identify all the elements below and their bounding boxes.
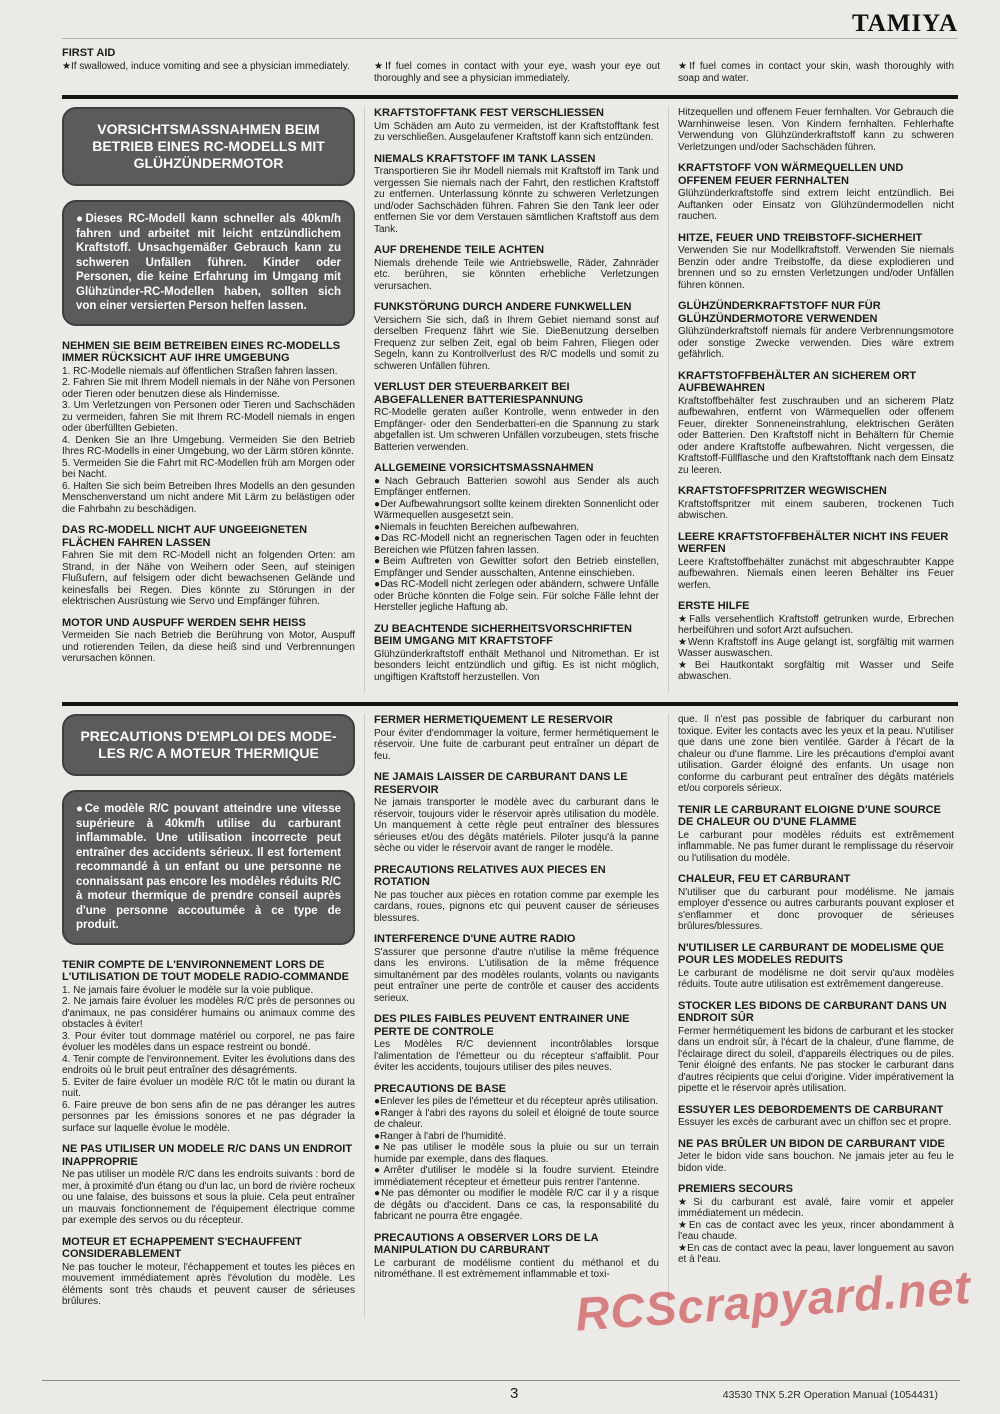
section-heading: AUF DREHENDE TEILE ACHTEN <box>374 244 659 257</box>
section-heading: KRAFTSTOFFSPRITZER WEGWISCHEN <box>678 485 954 498</box>
section-body: Le carburant de modélisme ne doit servir… <box>678 968 954 991</box>
section-body: Verwenden Sie nur Modellkraftstoff. Verw… <box>678 245 954 291</box>
section-body: Ne pas utiliser un modèle R/C dans les e… <box>62 1169 355 1227</box>
section-heading: ALLGEMEINE VORSICHTSMASSNAHMEN <box>374 462 659 475</box>
german-column-1: VORSICHTSMASSNAHMEN BEIM BETRIEB EINES R… <box>62 107 365 692</box>
first-aid-section: FIRST AID ★If swallowed, induce vomiting… <box>62 47 958 85</box>
section-body: Vermeiden Sie nach Betrieb die Berührung… <box>62 630 355 665</box>
section-heading: LEERE KRAFTSTOFFBEHÄLTER NICHT INS FEUER… <box>678 531 954 556</box>
section-body: Ne pas toucher aux pièces en rotation co… <box>374 890 659 925</box>
section-body: Kraftstoffbehälter fest zuschrauben und … <box>678 396 954 477</box>
manual-section: FERMER HERMETIQUEMENT LE RESERVOIRPour é… <box>374 714 659 762</box>
manual-section: STOCKER LES BIDONS DE CARBURANT DANS UN … <box>678 1000 954 1095</box>
manual-section: NIEMALS KRAFTSTOFF IM TANK LASSENTranspo… <box>374 153 659 236</box>
section-heading: PRECAUTIONS A OBSERVER LORS DE LA MANIPU… <box>374 1232 659 1257</box>
manual-section: ZU BEACHTENDE SICHERHEITSVORSCHRIFTEN BE… <box>374 623 659 684</box>
manual-section: GLÜHZÜNDERKRAFTSTOFF NUR FÜR GLÜHZÜNDERM… <box>678 300 954 361</box>
manual-section: INTERFERENCE D'UNE AUTRE RADIOS'assurer … <box>374 933 659 1004</box>
section-heading: ESSUYER LES DEBORDEMENTS DE CARBURANT <box>678 1104 954 1117</box>
german-section: VORSICHTSMASSNAHMEN BEIM BETRIEB EINES R… <box>62 107 958 692</box>
manual-section: N'UTILISER LE CARBURANT DE MODELISME QUE… <box>678 942 954 991</box>
section-body: Les Modèles R/C deviennent incontrôlable… <box>374 1039 659 1074</box>
section-body: Ne pas toucher le moteur, l'échappement … <box>62 1262 355 1308</box>
manual-section: NE PAS BRÛLER UN BIDON DE CARBURANT VIDE… <box>678 1138 954 1175</box>
section-body: Transportieren Sie ihr Modell niemals mi… <box>374 166 659 235</box>
manual-section: ESSUYER LES DEBORDEMENTS DE CARBURANTEss… <box>678 1104 954 1129</box>
section-body: Glühzünderkraftstoff niemals für andere … <box>678 326 954 361</box>
section-body: Fermer hermétiquement les bidons de carb… <box>678 1026 954 1095</box>
german-column-3: Hitzequellen und offenem Feuer fernhalte… <box>678 107 954 692</box>
section-body: Le carburant de modélisme contient du mé… <box>374 1258 659 1281</box>
section-body: Ne jamais transporter le modèle avec du … <box>374 797 659 855</box>
section-body: Versichern Sie sich, daß in Ihrem Gebiet… <box>374 315 659 373</box>
page-number: 3 <box>510 1385 518 1402</box>
section-heading: ZU BEACHTENDE SICHERHEITSVORSCHRIFTEN BE… <box>374 623 659 648</box>
section-heading: NEHMEN SIE BEIM BETREIBEN EINES RC-MODEL… <box>62 340 355 365</box>
section-heading: HITZE, FEUER UND TREIBSTOFF-SICHERHEIT <box>678 232 954 245</box>
manual-section: MOTEUR ET ECHAPPEMENT S'ECHAUFFENT CONSI… <box>62 1236 355 1308</box>
section-body: N'utiliser que du carburant pour modélis… <box>678 887 954 933</box>
section-heading: PREMIERS SECOURS <box>678 1183 954 1196</box>
manual-section: NE JAMAIS LAISSER DE CARBURANT DANS LE R… <box>374 771 659 855</box>
section-body: RC-Modelle geraten außer Kontrolle, wenn… <box>374 407 659 453</box>
section-divider <box>62 95 958 99</box>
tamiya-logo: TAMIYA <box>852 10 958 38</box>
section-body: ★Si du carburant est avalé, faire vomir … <box>678 1197 954 1266</box>
section-body: Um Schäden am Auto zu vermeiden, ist der… <box>374 121 659 144</box>
manual-section: KRAFTSTOFF VON WÄRMEQUELLEN UND OFFENEM … <box>678 162 954 223</box>
section-heading: NE JAMAIS LAISSER DE CARBURANT DANS LE R… <box>374 771 659 796</box>
section-body: ●Nach Gebrauch Batterien sowohl aus Send… <box>374 476 659 614</box>
manual-section: LEERE KRAFTSTOFFBEHÄLTER NICHT INS FEUER… <box>678 531 954 592</box>
section-body: Essuyer les excès de carburant avec un c… <box>678 1117 954 1129</box>
section-heading: INTERFERENCE D'UNE AUTRE RADIO <box>374 933 659 946</box>
first-aid-item: ★If fuel comes in contact with your eye,… <box>374 61 660 85</box>
manual-section: que. Il n'est pas possible de fabriquer … <box>678 714 954 795</box>
french-title-box: PRECAUTIONS D'EMPLOI DES MODE- LES R/C A… <box>62 714 355 776</box>
manual-section: TENIR LE CARBURANT ELOIGNE D'UNE SOURCE … <box>678 804 954 865</box>
section-body: Glühzünderkraftstoff enthält Methanol un… <box>374 649 659 684</box>
section-heading: FERMER HERMETIQUEMENT LE RESERVOIR <box>374 714 659 727</box>
section-body: Le carburant pour modèles réduits est ex… <box>678 830 954 865</box>
manual-section: TENIR COMPTE DE L'ENVIRONNEMENT LORS DE … <box>62 959 355 1135</box>
section-body: 1. RC-Modelle niemals auf öffentlichen S… <box>62 366 355 516</box>
section-heading: PRECAUTIONS RELATIVES AUX PIECES EN ROTA… <box>374 864 659 889</box>
german-lead-box: ●Dieses RC-Modell kann schneller als 40k… <box>62 200 355 326</box>
manual-section: HITZE, FEUER UND TREIBSTOFF-SICHERHEITVe… <box>678 232 954 292</box>
french-column-2: FERMER HERMETIQUEMENT LE RESERVOIRPour é… <box>374 714 669 1317</box>
section-heading: ERSTE HILFE <box>678 600 954 613</box>
manual-section: VERLUST DER STEUERBARKEIT BEI ABGEFALLEN… <box>374 381 659 453</box>
section-body: Glühzünderkraftstoffe sind extrem leicht… <box>678 188 954 223</box>
section-heading: TENIR LE CARBURANT ELOIGNE D'UNE SOURCE … <box>678 804 954 829</box>
section-body: que. Il n'est pas possible de fabriquer … <box>678 714 954 795</box>
manual-section: DAS RC-MODELL NICHT AUF UNGEEIGNETEN FLÄ… <box>62 524 355 608</box>
section-heading: NIEMALS KRAFTSTOFF IM TANK LASSEN <box>374 153 659 166</box>
manual-section: Hitzequellen und offenem Feuer fernhalte… <box>678 107 954 153</box>
manual-section: KRAFTSTOFFSPRITZER WEGWISCHENKraftstoffs… <box>678 485 954 522</box>
manual-section: PREMIERS SECOURS★Si du carburant est ava… <box>678 1183 954 1266</box>
section-body: Kraftstoffspritzer mit einem sauberen, t… <box>678 499 954 522</box>
section-heading: MOTOR UND AUSPUFF WERDEN SEHR HEISS <box>62 617 355 630</box>
german-column-2: KRAFTSTOFFTANK FEST VERSCHLIESSENUm Schä… <box>374 107 669 692</box>
section-body: Leere Kraftstoffbehälter zunächst mit ab… <box>678 557 954 592</box>
section-heading: TENIR COMPTE DE L'ENVIRONNEMENT LORS DE … <box>62 959 355 984</box>
manual-section: NE PAS UTILISER UN MODELE R/C DANS UN EN… <box>62 1143 355 1227</box>
section-divider <box>62 702 958 706</box>
manual-section: PRECAUTIONS DE BASE●Enlever les piles de… <box>374 1083 659 1223</box>
section-body: 1. Ne jamais faire évoluer le modèle sur… <box>62 985 355 1135</box>
section-body: ★Falls versehentlich Kraftstoff getrunke… <box>678 614 954 683</box>
manual-section: PRECAUTIONS A OBSERVER LORS DE LA MANIPU… <box>374 1232 659 1281</box>
french-column-1: PRECAUTIONS D'EMPLOI DES MODE- LES R/C A… <box>62 714 365 1317</box>
manual-section: MOTOR UND AUSPUFF WERDEN SEHR HEISSVerme… <box>62 617 355 665</box>
manual-section: ALLGEMEINE VORSICHTSMASSNAHMEN●Nach Gebr… <box>374 462 659 614</box>
manual-section: NEHMEN SIE BEIM BETREIBEN EINES RC-MODEL… <box>62 340 355 516</box>
section-heading: KRAFTSTOFF VON WÄRMEQUELLEN UND OFFENEM … <box>678 162 954 187</box>
french-column-3: que. Il n'est pas possible de fabriquer … <box>678 714 954 1317</box>
section-body: Pour éviter d'endommager la voiture, fer… <box>374 728 659 763</box>
section-heading: DAS RC-MODELL NICHT AUF UNGEEIGNETEN FLÄ… <box>62 524 355 549</box>
manual-section: CHALEUR, FEU ET CARBURANTN'utiliser que … <box>678 873 954 933</box>
section-heading: VERLUST DER STEUERBARKEIT BEI ABGEFALLEN… <box>374 381 659 406</box>
section-heading: KRAFTSTOFFBEHÄLTER AN SICHEREM ORT AUFBE… <box>678 370 954 395</box>
footer-document-id: 43530 TNX 5.2R Operation Manual (1054431… <box>723 1389 938 1401</box>
manual-section: FUNKSTÖRUNG DURCH ANDERE FUNKWELLENVersi… <box>374 301 659 372</box>
section-heading: STOCKER LES BIDONS DE CARBURANT DANS UN … <box>678 1000 954 1025</box>
section-body: Jeter le bidon vide sans bouchon. Ne jam… <box>678 1151 954 1174</box>
header: TAMIYA <box>62 8 958 39</box>
section-body: Fahren Sie mit dem RC-Modell nicht an fo… <box>62 550 355 608</box>
section-heading: NE PAS BRÛLER UN BIDON DE CARBURANT VIDE <box>678 1138 954 1151</box>
section-body: Niemals drehende Teile wie Antriebswelle… <box>374 258 659 293</box>
section-heading: DES PILES FAIBLES PEUVENT ENTRAINER UNE … <box>374 1013 659 1038</box>
first-aid-item: ★If swallowed, induce vomiting and see a… <box>62 61 356 85</box>
french-section: PRECAUTIONS D'EMPLOI DES MODE- LES R/C A… <box>62 714 958 1317</box>
section-heading: MOTEUR ET ECHAPPEMENT S'ECHAUFFENT CONSI… <box>62 1236 355 1261</box>
section-heading: KRAFTSTOFFTANK FEST VERSCHLIESSEN <box>374 107 659 120</box>
section-heading: PRECAUTIONS DE BASE <box>374 1083 659 1096</box>
section-heading: N'UTILISER LE CARBURANT DE MODELISME QUE… <box>678 942 954 967</box>
section-heading: GLÜHZÜNDERKRAFTSTOFF NUR FÜR GLÜHZÜNDERM… <box>678 300 954 325</box>
first-aid-title: FIRST AID <box>62 47 958 59</box>
manual-section: KRAFTSTOFFTANK FEST VERSCHLIESSENUm Schä… <box>374 107 659 144</box>
german-title-box: VORSICHTSMASSNAHMEN BEIM BETRIEB EINES R… <box>62 107 355 186</box>
manual-section: ERSTE HILFE★Falls versehentlich Kraftsto… <box>678 600 954 683</box>
manual-section: DES PILES FAIBLES PEUVENT ENTRAINER UNE … <box>374 1013 659 1074</box>
section-heading: NE PAS UTILISER UN MODELE R/C DANS UN EN… <box>62 1143 355 1168</box>
first-aid-item: ★If fuel comes in contact your skin, was… <box>678 61 954 85</box>
manual-section: AUF DREHENDE TEILE ACHTENNiemals drehend… <box>374 244 659 292</box>
footer: 3 43530 TNX 5.2R Operation Manual (10544… <box>42 1380 960 1408</box>
manual-section: KRAFTSTOFFBEHÄLTER AN SICHEREM ORT AUFBE… <box>678 370 954 477</box>
section-body: Hitzequellen und offenem Feuer fernhalte… <box>678 107 954 153</box>
section-heading: CHALEUR, FEU ET CARBURANT <box>678 873 954 886</box>
french-lead-box: ●Ce modèle R/C pouvant atteindre une vit… <box>62 790 355 945</box>
manual-section: PRECAUTIONS RELATIVES AUX PIECES EN ROTA… <box>374 864 659 925</box>
section-heading: FUNKSTÖRUNG DURCH ANDERE FUNKWELLEN <box>374 301 659 314</box>
section-body: ●Enlever les piles de l'émetteur et du r… <box>374 1096 659 1223</box>
manual-page: TAMIYA FIRST AID ★If swallowed, induce v… <box>0 0 1000 1414</box>
section-body: S'assurer que personne d'autre n'utilise… <box>374 947 659 1005</box>
